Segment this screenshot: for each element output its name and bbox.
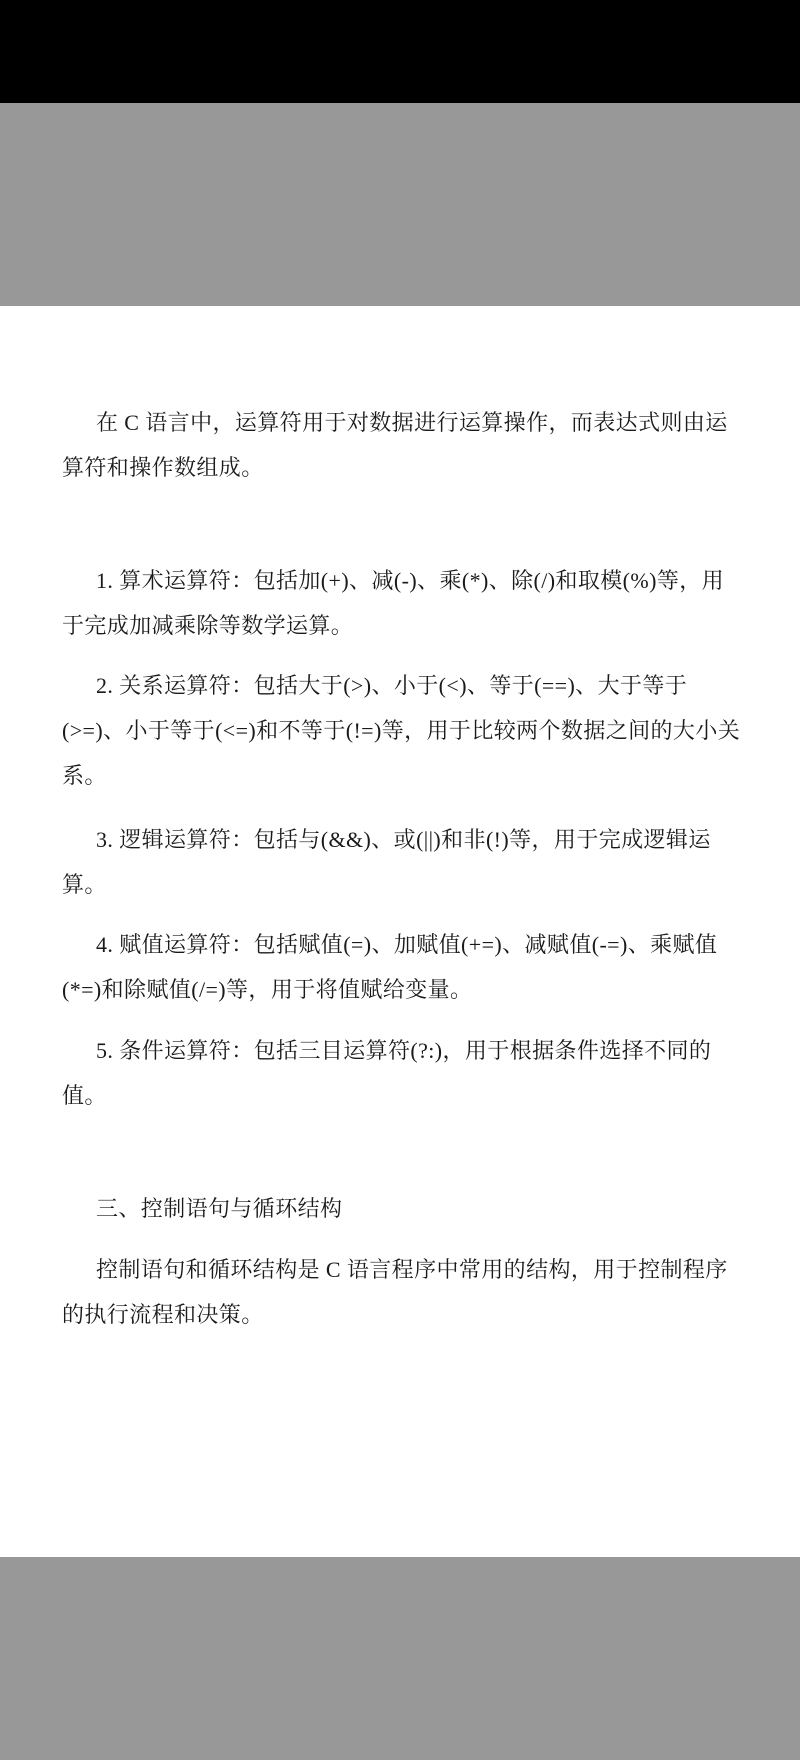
list-item-assignment: 4. 赋值运算符：包括赋值(=)、加赋值(+=)、减赋值(-=)、乘赋值(*=)… [62, 922, 744, 1012]
section-heading: 三、控制语句与循环结构 [62, 1186, 744, 1231]
section-body-paragraph: 控制语句和循环结构是 C 语言程序中常用的结构，用于控制程序的执行流程和决策。 [62, 1247, 744, 1337]
list-item-logical: 3. 逻辑运算符：包括与(&&)、或(||)和非(!)等，用于完成逻辑运算。 [62, 817, 744, 907]
intro-paragraph: 在 C 语言中，运算符用于对数据进行运算操作，而表达式则由运算符和操作数组成。 [62, 400, 744, 490]
top-gray-band [0, 103, 800, 306]
list-item-relational: 2. 关系运算符：包括大于(>)、小于(<)、等于(==)、大于等于(>=)、小… [62, 663, 744, 798]
list-item-conditional: 5. 条件运算符：包括三目运算符(?:)，用于根据条件选择不同的值。 [62, 1028, 744, 1118]
bottom-gray-band [0, 1557, 800, 1760]
list-item-arithmetic: 1. 算术运算符：包括加(+)、减(-)、乘(*)、除(/)和取模(%)等，用于… [62, 558, 744, 648]
status-bar-area [0, 0, 800, 103]
